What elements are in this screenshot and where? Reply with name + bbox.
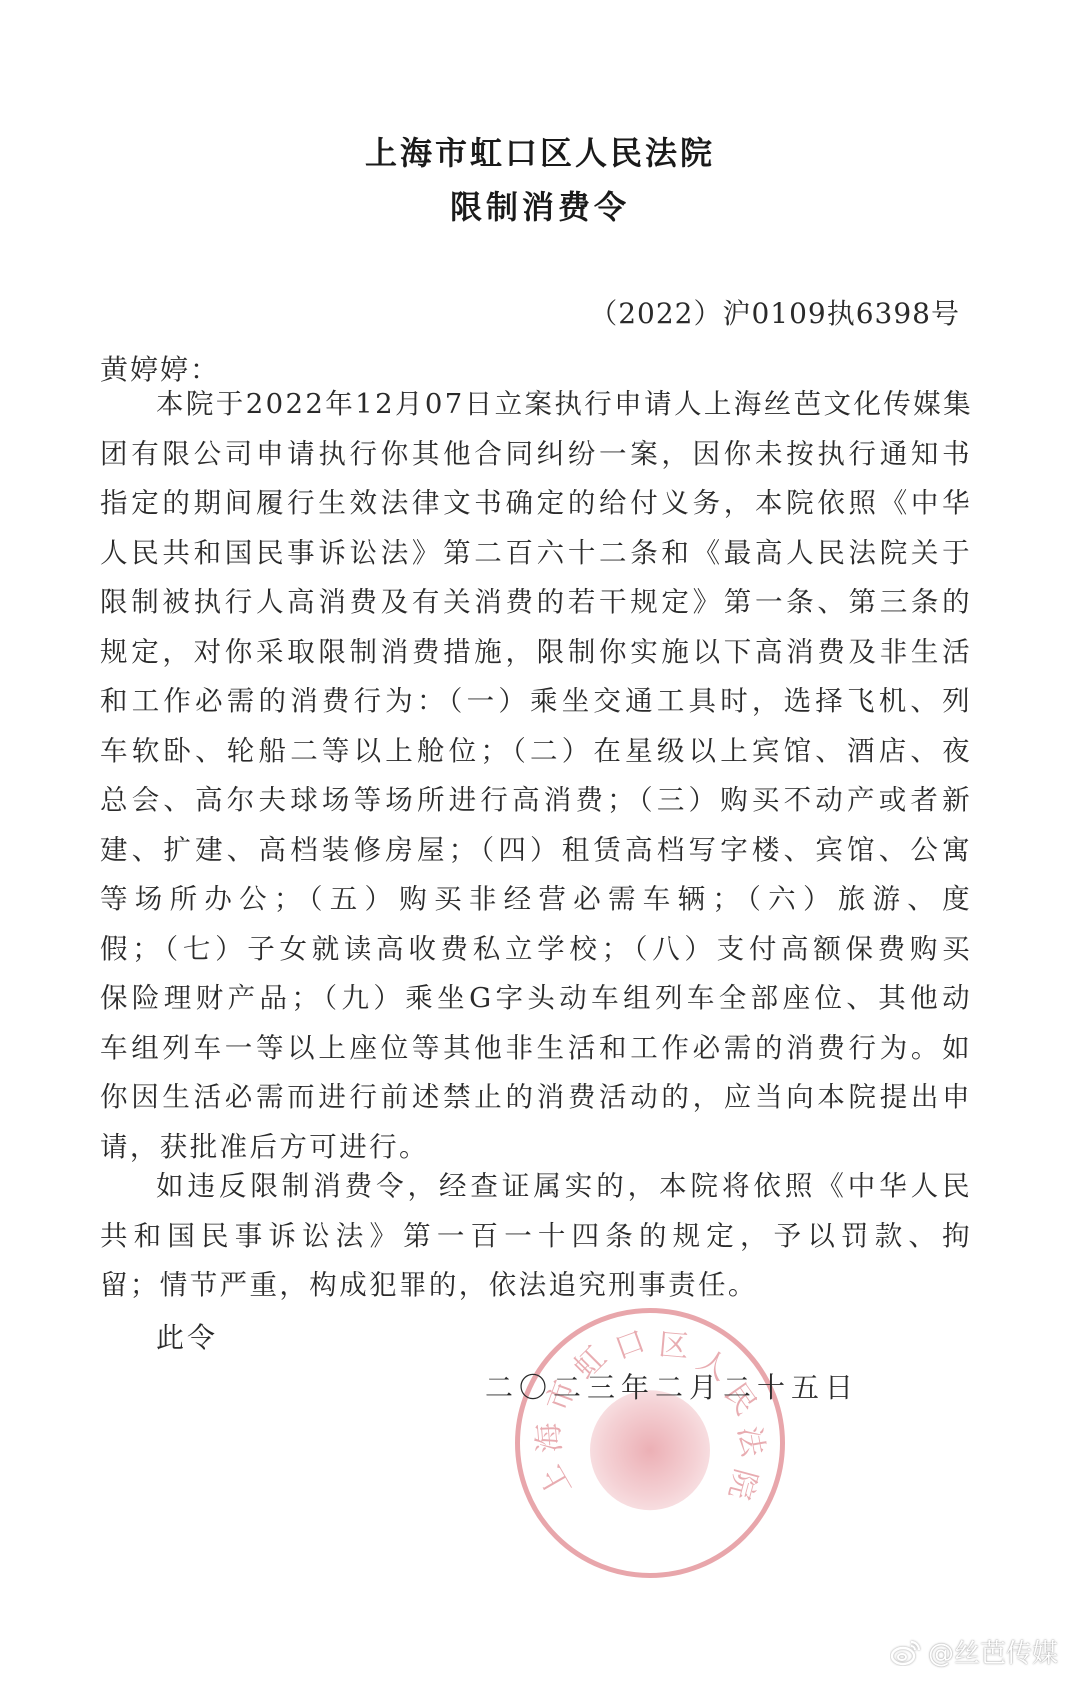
weibo-icon — [890, 1638, 922, 1666]
paragraph-line: 团有限公司申请执行你其他合同纠纷一案，因你未按执行通知书 — [100, 430, 972, 480]
case-number: （2022）沪0109执6398号 — [589, 292, 960, 332]
paragraph-line: 共和国民事诉讼法》第一百一十四条的规定，予以罚款、拘 — [100, 1212, 972, 1262]
paragraph-line: 你因生活必需而进行前述禁止的消费活动的，应当向本院提出申 — [100, 1073, 972, 1123]
paragraph-line: 车软卧、轮船二等以上舱位；（二）在星级以上宾馆、酒店、夜 — [100, 727, 972, 777]
weibo-watermark: @丝芭传媒 — [890, 1633, 1058, 1670]
paragraph-line: 如违反限制消费令，经查证属实的，本院将依照《中华人民 — [100, 1162, 972, 1212]
court-order-document: 上海市虹口区人民法院 限制消费令 （2022）沪0109执6398号 黄婷婷： … — [0, 0, 1080, 1688]
paragraph-line: 假；（七）子女就读高收费私立学校；（八）支付高额保费购买 — [100, 925, 972, 975]
paragraph-line: 建、扩建、高档装修房屋；（四）租赁高档写字楼、宾馆、公寓 — [100, 826, 972, 876]
paragraph-penalty-warning: 如违反限制消费令，经查证属实的，本院将依照《中华人民 共和国民事诉讼法》第一百一… — [100, 1162, 972, 1311]
order-title-heading: 限制消费令 — [0, 182, 1080, 228]
paragraph-line: 指定的期间履行生效法律文书确定的给付义务，本院依照《中华 — [100, 479, 972, 529]
paragraph-line: 保险理财产品；（九）乘坐G字头动车组列车全部座位、其他动 — [100, 974, 972, 1024]
paragraph-line: 人民共和国民事诉讼法》第二百六十二条和《最高人民法院关于 — [100, 529, 972, 579]
watermark-text: @丝芭传媒 — [928, 1633, 1058, 1670]
closing-phrase: 此令 — [156, 1316, 218, 1356]
paragraph-line: 和工作必需的消费行为：（一）乘坐交通工具时，选择飞机、列 — [100, 677, 972, 727]
seal-arc-text: 上 海 市 虹 口 区 人 民 法 院 — [520, 1313, 780, 1573]
paragraph-line: 规定，对你采取限制消费措施，限制你实施以下高消费及非生活 — [100, 628, 972, 678]
court-seal-stamp: 上 海 市 虹 口 区 人 民 法 院 — [515, 1308, 785, 1578]
paragraph-restriction-details: 本院于2022年12月07日立案执行申请人上海丝芭文化传媒集 团有限公司申请执行… — [100, 380, 972, 1172]
issue-date: 二〇二三年二月二十五日 — [485, 1366, 859, 1406]
paragraph-line: 等场所办公；（五）购买非经营必需车辆；（六）旅游、度 — [100, 875, 972, 925]
court-name-heading: 上海市虹口区人民法院 — [0, 128, 1080, 174]
paragraph-line: 限制被执行人高消费及有关消费的若干规定》第一条、第三条的 — [100, 578, 972, 628]
paragraph-line: 总会、高尔夫球场等场所进行高消费；（三）购买不动产或者新 — [100, 776, 972, 826]
paragraph-line: 本院于2022年12月07日立案执行申请人上海丝芭文化传媒集 — [100, 380, 972, 430]
paragraph-line: 车组列车一等以上座位等其他非生活和工作必需的消费行为。如 — [100, 1024, 972, 1074]
paragraph-line: 留；情节严重，构成犯罪的，依法追究刑事责任。 — [100, 1261, 972, 1311]
